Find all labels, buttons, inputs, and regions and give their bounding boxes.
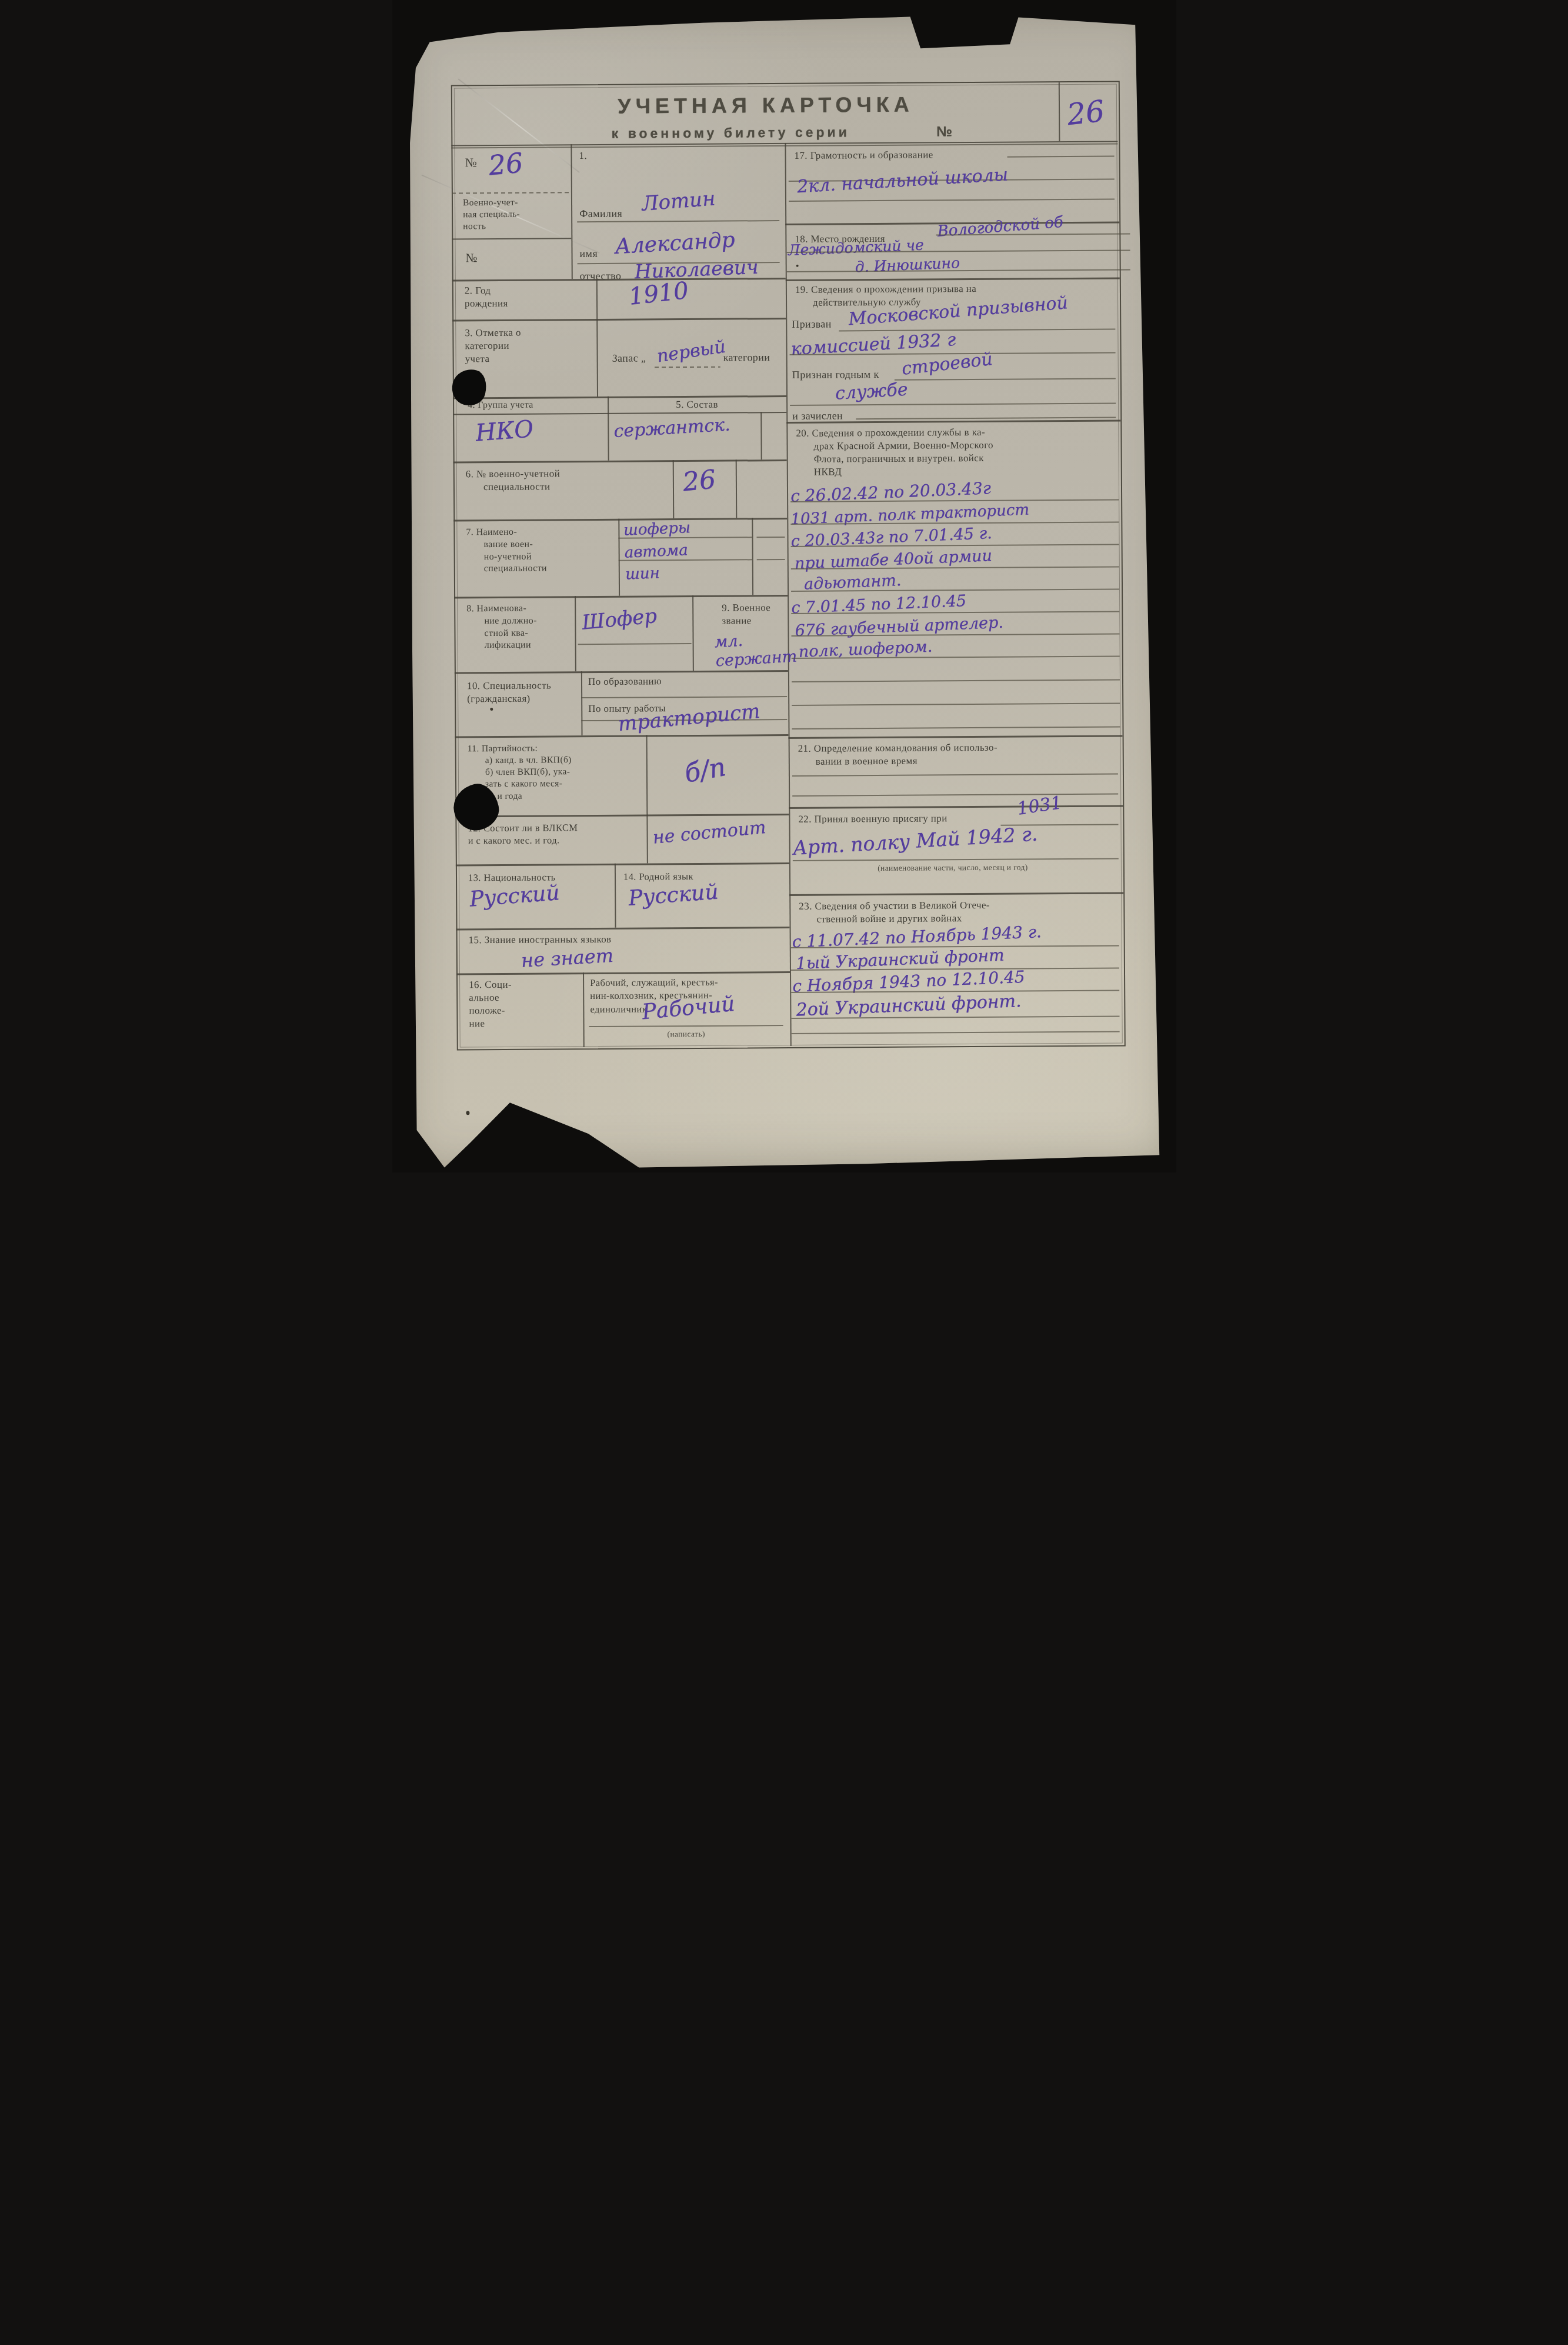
- cell-divider-line: [581, 671, 582, 735]
- field-1-number: 1.: [579, 149, 587, 162]
- field-21-label: 21. Определение командования об использо…: [798, 741, 997, 768]
- field-10-education-label: По образованию: [588, 675, 661, 688]
- cell-divider-line: [760, 412, 762, 459]
- field-7-label: 7. Наимено- вание воен- но-учетной специ…: [466, 526, 547, 575]
- cell-divider-line: [618, 519, 620, 596]
- field-1-surname-label: Фамилия: [579, 207, 622, 221]
- field-22-label: 22. Принял военную присягу при: [798, 812, 947, 826]
- field-23-label: 23. Сведения об участии в Великой Отече-…: [799, 899, 990, 926]
- field-3-prefix: Запас „: [612, 351, 646, 365]
- field-19-called-label: Призван: [792, 318, 832, 332]
- paper-sheet: УЧЕТНАЯ КАРТОЧКА к военному билету серии…: [392, 0, 1176, 1172]
- page-title: УЧЕТНАЯ КАРТОЧКА: [506, 91, 1024, 119]
- reg-number-value: 26: [486, 144, 524, 185]
- cell-divider-line: [672, 460, 674, 518]
- page-subtitle: к военному билету серии: [507, 124, 954, 142]
- field-3-label: 3. Отметка о категории учета: [465, 327, 521, 366]
- field-1-surname-value: Лотин: [640, 185, 716, 218]
- field-1-patronymic-label: отчество: [579, 269, 621, 284]
- cell-divider-line: [575, 596, 576, 671]
- reg-number2-label: №: [465, 250, 478, 266]
- field-10-label: 10. Специальность (гражданская): [466, 679, 551, 705]
- field-20-line-4: адьютант.: [803, 569, 902, 596]
- field-2-value: 1910: [627, 274, 690, 314]
- field-22-caption: (наименование части, число, месяц и год): [805, 862, 1099, 874]
- field-11-value: б/п: [681, 749, 728, 792]
- cell-divider-line: [752, 518, 753, 595]
- field-3-suffix: категории: [723, 351, 770, 365]
- field-8-label: 8. Наименова- ние должно- стной ква- лиф…: [466, 603, 537, 652]
- field-2-label: 2. Год рождения: [464, 284, 508, 311]
- field-9-value: мл. сержант: [713, 628, 797, 671]
- reg-vus-label: Военно-учет- ная специаль- ность: [462, 197, 519, 233]
- field-9-label: 9. Военное звание: [722, 601, 770, 628]
- ruled-line: [756, 559, 785, 560]
- field-16-label: 16. Соци- альное положе- ние: [469, 978, 512, 1031]
- cell-divider-line: [583, 972, 585, 1047]
- field-6-label: 6. № военно-учетной специальности: [465, 467, 560, 494]
- cell-divider-line: [614, 864, 616, 928]
- field-4-value: НКО: [474, 412, 535, 449]
- field-5-label: 5. Состав: [615, 398, 779, 412]
- cell-divider-line: [692, 595, 694, 671]
- scanned-document: УЧЕТНАЯ КАРТОЧКА к военному билету серии…: [392, 0, 1176, 1172]
- field-7-value: шоферы автома шин: [623, 517, 692, 587]
- cell-divider-line: [608, 397, 609, 461]
- field-17-label: 17. Грамотность и образование: [794, 148, 933, 162]
- field-6-value: 26: [681, 461, 717, 501]
- header-divider-line: [1058, 82, 1060, 141]
- reg-number-label: №: [465, 155, 477, 171]
- field-16-caption: (написать): [589, 1028, 783, 1040]
- paper-speck: [466, 1111, 469, 1115]
- field-19-fit-line2: службе: [834, 378, 908, 407]
- cell-divider-line: [735, 459, 737, 518]
- card-number-handwritten: 26: [1065, 91, 1106, 136]
- ruled-line: [756, 537, 785, 538]
- cell-divider-line: [596, 319, 598, 397]
- field-20-label: 20. Сведения о прохождении службы в ка- …: [796, 426, 993, 479]
- field-1-name-label: имя: [579, 247, 598, 261]
- field-18-value-line3: д. Инюшкино: [855, 252, 960, 277]
- cell-divider-line: [596, 279, 597, 319]
- field-15-value: не знает: [520, 942, 613, 974]
- header-number-sign: №: [936, 124, 952, 140]
